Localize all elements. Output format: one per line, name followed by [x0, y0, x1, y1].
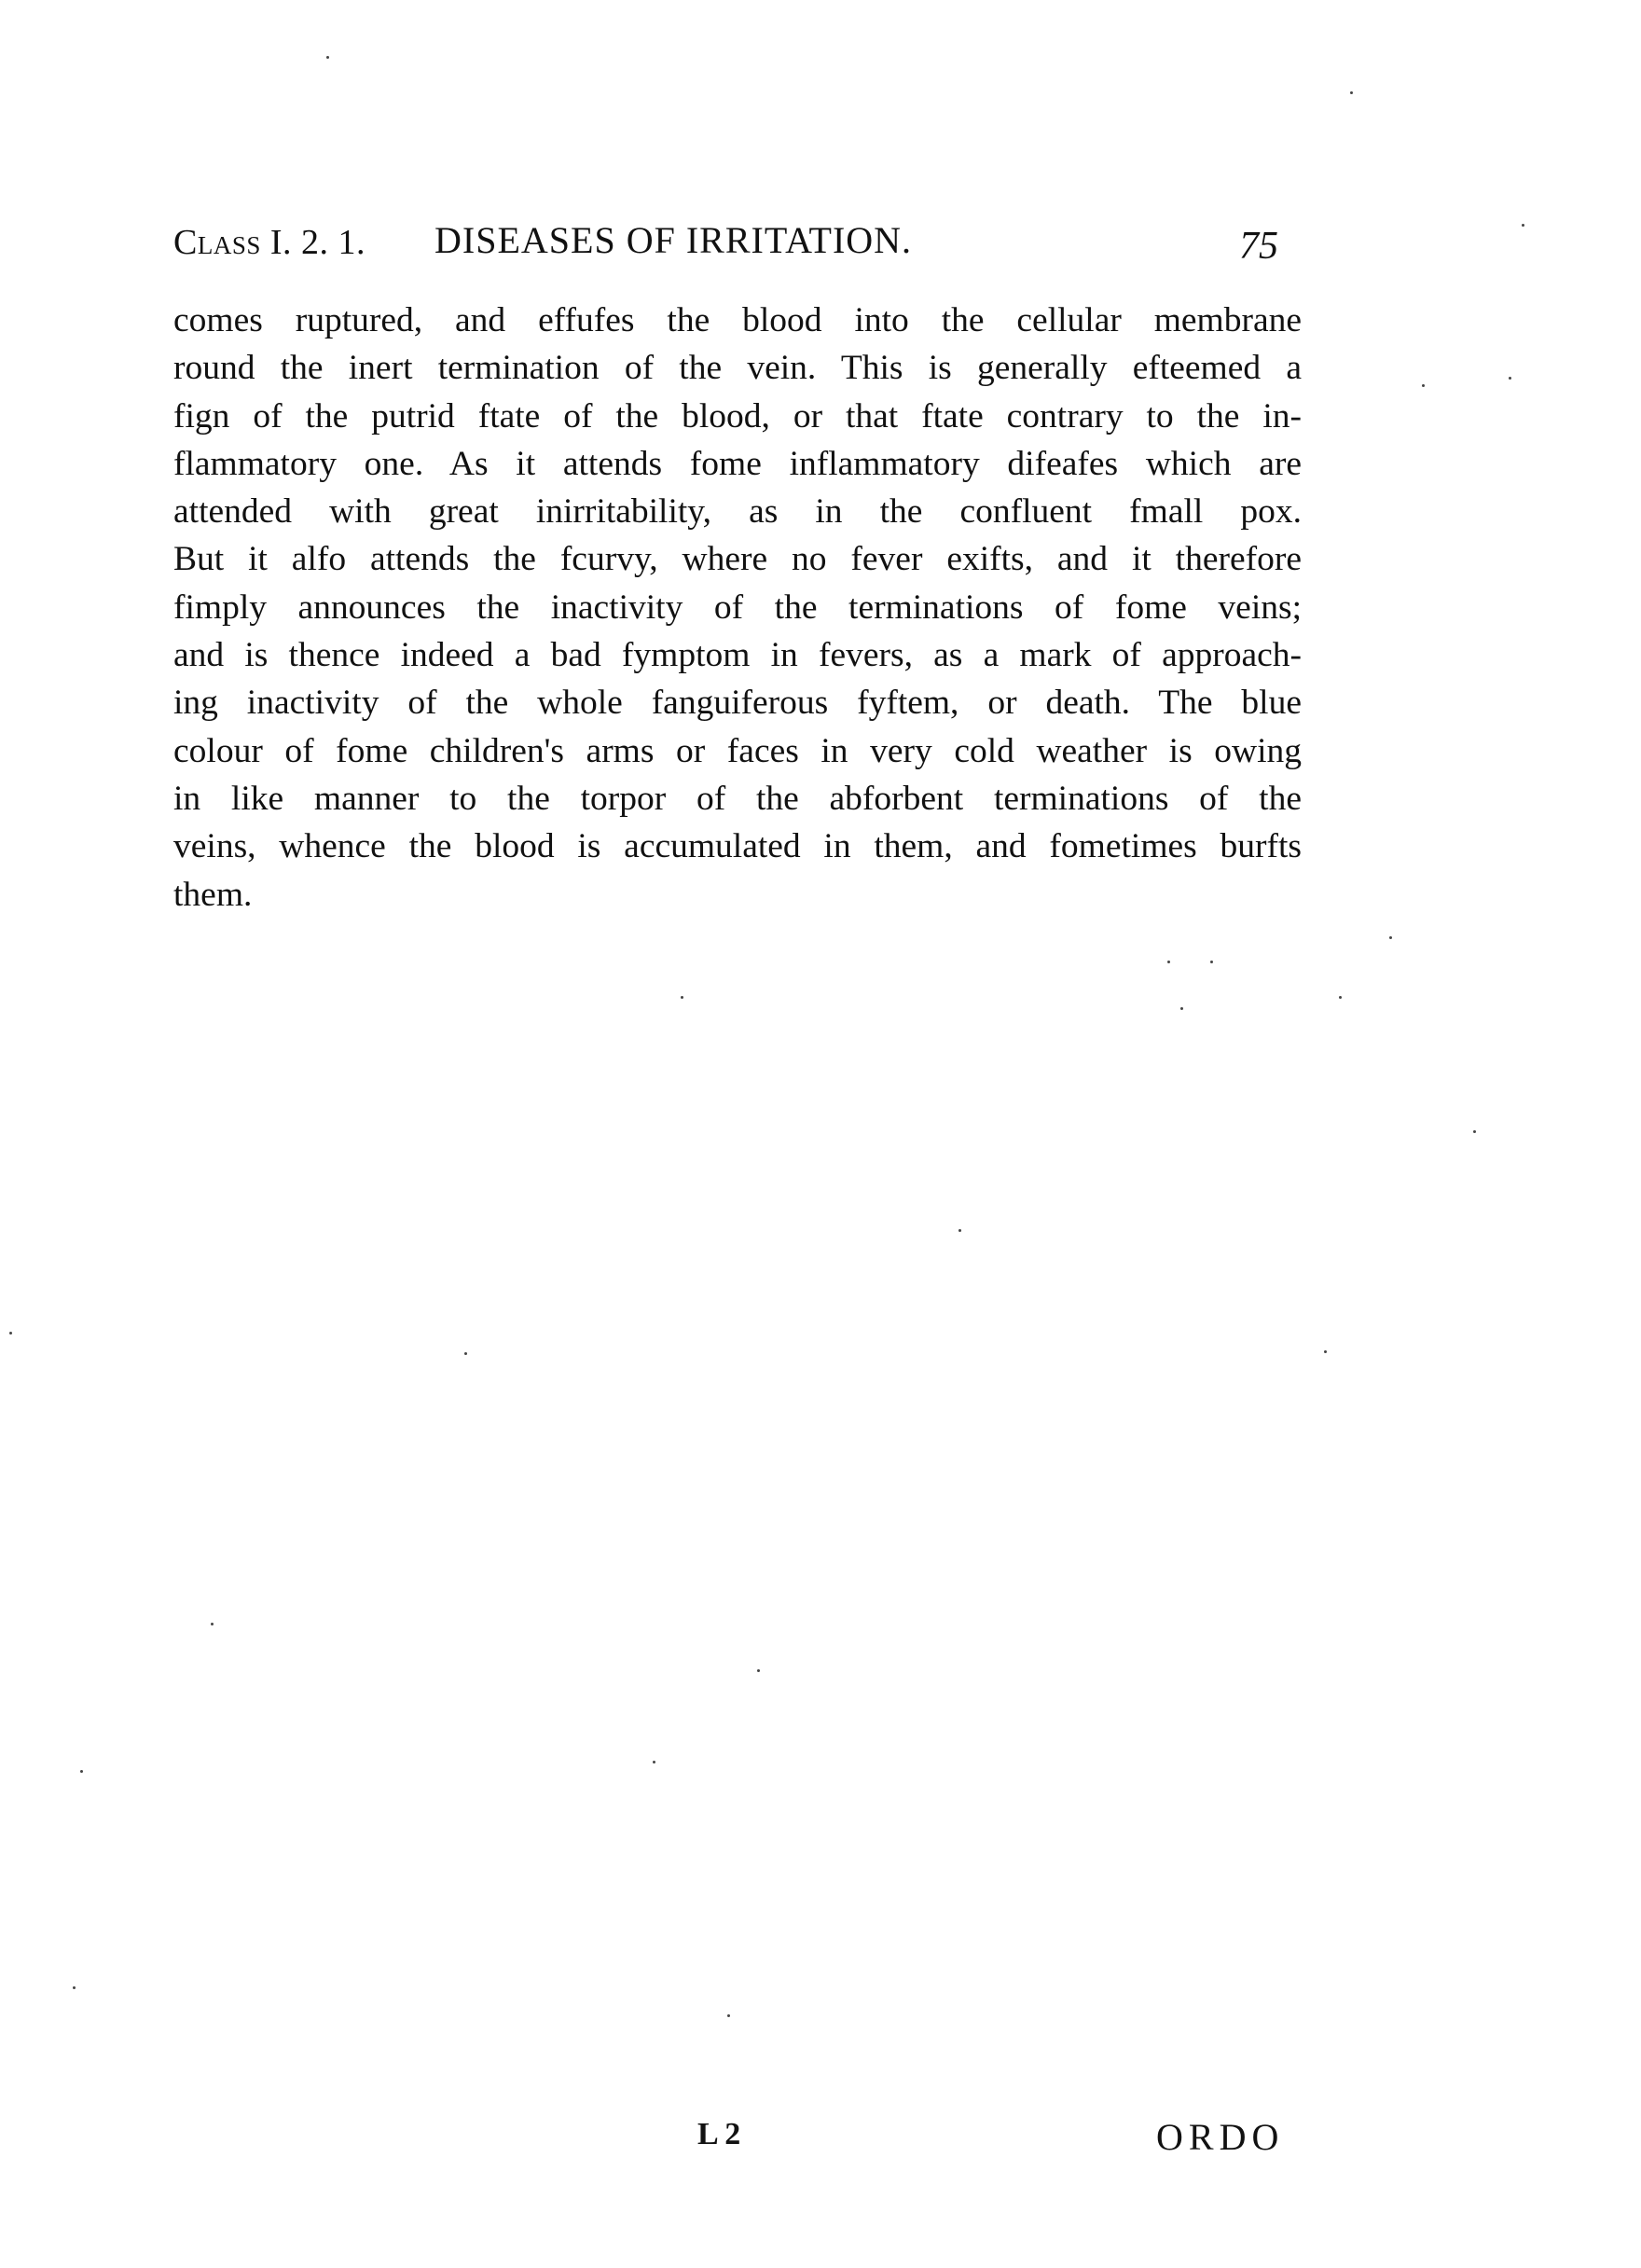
scan-speck: [1350, 91, 1353, 94]
text-line: ing inactivity of the whole fanguiferous…: [173, 679, 1302, 726]
text-line: in like manner to the torpor of the abfo…: [173, 775, 1302, 823]
scan-speck: [464, 1352, 467, 1355]
body-paragraph: comes ruptured, and effufes the blood in…: [173, 297, 1302, 919]
scan-speck: [653, 1761, 655, 1763]
text-line: veins, whence the blood is accumulated i…: [173, 823, 1302, 870]
scan-speck: [1339, 996, 1342, 999]
book-page: Class I. 2. 1. DISEASES OF IRRITATION. 7…: [0, 0, 1641, 2268]
scan-speck: [9, 1332, 12, 1335]
scan-speck: [1389, 936, 1392, 939]
scan-speck: [727, 2014, 730, 2017]
text-line: fign of the putrid ftate of the blood, o…: [173, 393, 1302, 440]
scan-speck: [1324, 1350, 1327, 1353]
scan-speck: [958, 1229, 961, 1232]
signature-mark: L 2: [697, 2117, 740, 2152]
chapter-title: DISEASES OF IRRITATION.: [434, 218, 912, 262]
scan-speck: [1210, 961, 1213, 963]
class-section-label: Class I. 2. 1.: [173, 222, 365, 263]
text-line: round the inert termination of the vein.…: [173, 344, 1302, 392]
catchword: ORDO: [1156, 2115, 1284, 2159]
scan-speck: [211, 1623, 214, 1625]
page-number: 75: [1239, 224, 1278, 269]
scan-speck: [1167, 961, 1170, 963]
scan-speck: [681, 996, 683, 999]
scan-speck: [80, 1770, 83, 1773]
scan-speck: [757, 1669, 760, 1672]
scan-speck: [326, 56, 329, 59]
text-line: colour of fome children's arms or faces …: [173, 727, 1302, 775]
scan-speck: [1522, 224, 1524, 227]
text-line: attended with great inirritability, as i…: [173, 488, 1302, 535]
text-line: comes ruptured, and effufes the blood in…: [173, 297, 1302, 344]
scan-speck: [1509, 377, 1511, 380]
text-line: But it alfo attends the fcurvy, where no…: [173, 535, 1302, 583]
scan-speck: [1180, 1007, 1183, 1010]
scan-speck: [73, 1986, 76, 1989]
text-line: them.: [173, 871, 1302, 919]
text-line: and is thence indeed a bad fymptom in fe…: [173, 631, 1302, 679]
text-line: fimply announces the inactivity of the t…: [173, 584, 1302, 631]
text-line: flammatory one. As it attends fome infla…: [173, 440, 1302, 488]
scan-speck: [1473, 1130, 1476, 1133]
scan-speck: [1422, 384, 1425, 387]
running-head: Class I. 2. 1. DISEASES OF IRRITATION. 7…: [173, 216, 1306, 272]
